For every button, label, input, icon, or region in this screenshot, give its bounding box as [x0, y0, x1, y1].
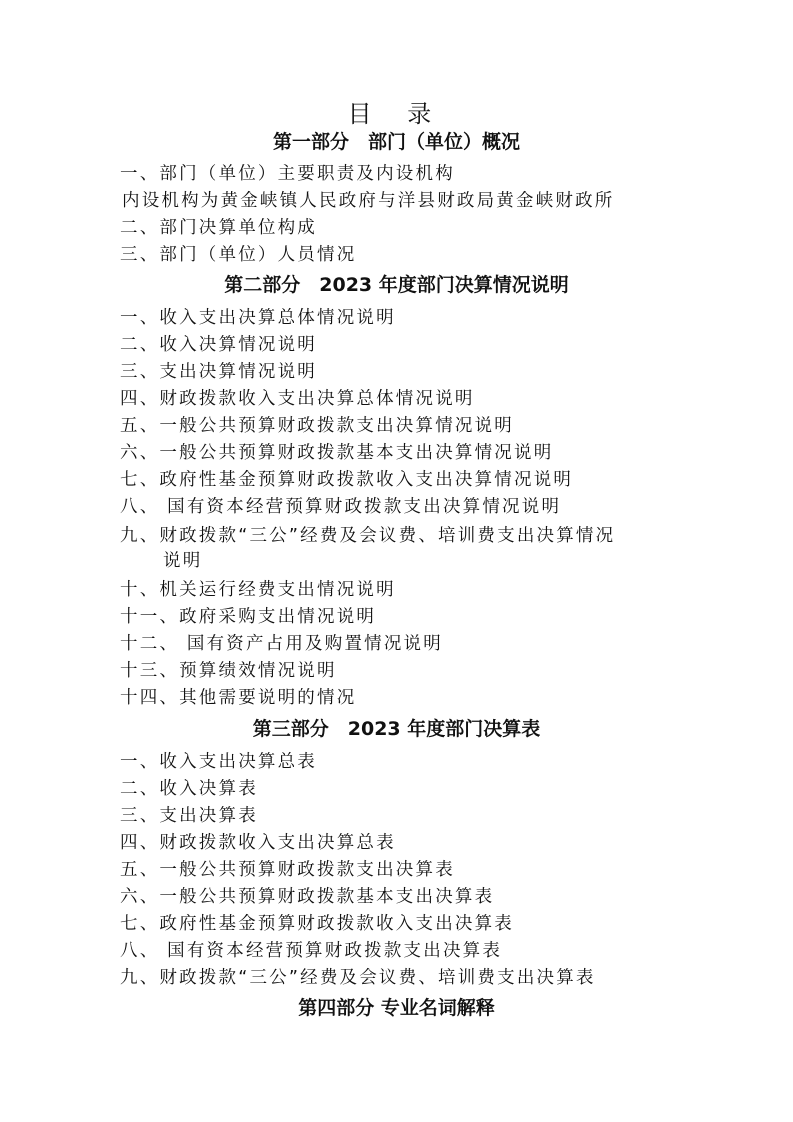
part-4-heading: 第四部分 专业名词解释 — [0, 995, 793, 1021]
toc-item[interactable]: 一、部门（单位）主要职责及内设机构 — [120, 162, 455, 186]
toc-item[interactable]: 七、政府性基金预算财政拨款收入支出决算表 — [120, 912, 514, 936]
part-1-heading: 第一部分 部门（单位）概况 — [0, 129, 793, 155]
toc-item[interactable]: 十三、预算绩效情况说明 — [120, 659, 337, 683]
toc-item[interactable]: 四、财政拨款收入支出决算总体情况说明 — [120, 387, 475, 411]
toc-item[interactable]: 四、财政拨款收入支出决算总表 — [120, 831, 396, 855]
toc-item[interactable]: 六、一般公共预算财政拨款基本支出决算表 — [120, 885, 494, 909]
toc-item[interactable]: 三、支出决算表 — [120, 804, 258, 828]
toc-item[interactable]: 十一、政府采购支出情况说明 — [120, 605, 376, 629]
page-title: 目 录 — [0, 99, 793, 129]
toc-item[interactable]: 三、支出决算情况说明 — [120, 360, 317, 384]
toc-item-continuation[interactable]: 说明 — [163, 549, 202, 573]
toc-item[interactable]: 二、部门决算单位构成 — [120, 216, 317, 240]
part-3-heading: 第三部分 2023 年度部门决算表 — [0, 716, 793, 742]
part-2-heading: 第二部分 2023 年度部门决算情况说明 — [0, 272, 793, 298]
toc-item[interactable]: 三、部门（单位）人员情况 — [120, 243, 356, 267]
toc-item[interactable]: 五、一般公共预算财政拨款支出决算情况说明 — [120, 414, 514, 438]
toc-item[interactable]: 九、财政拨款“三公”经费及会议费、培训费支出决算表 — [120, 966, 596, 990]
toc-item[interactable]: 一、收入支出决算总体情况说明 — [120, 306, 396, 330]
document-page: 目 录 第一部分 部门（单位）概况 一、部门（单位）主要职责及内设机构 内设机构… — [0, 0, 793, 1122]
toc-item[interactable]: 九、财政拨款“三公”经费及会议费、培训费支出决算情况 — [120, 524, 615, 548]
toc-item[interactable]: 六、一般公共预算财政拨款基本支出决算情况说明 — [120, 441, 553, 465]
toc-note: 内设机构为黄金峡镇人民政府与洋县财政局黄金峡财政所 — [122, 189, 615, 213]
toc-item[interactable]: 八、 国有资本经营预算财政拨款支出决算表 — [120, 939, 502, 963]
toc-item[interactable]: 十二、 国有资产占用及购置情况说明 — [120, 632, 443, 656]
toc-item[interactable]: 十四、其他需要说明的情况 — [120, 686, 356, 710]
toc-item[interactable]: 十、机关运行经费支出情况说明 — [120, 578, 396, 602]
toc-item[interactable]: 二、收入决算情况说明 — [120, 333, 317, 357]
toc-item[interactable]: 八、 国有资本经营预算财政拨款支出决算情况说明 — [120, 495, 561, 519]
toc-item[interactable]: 五、一般公共预算财政拨款支出决算表 — [120, 858, 455, 882]
toc-item[interactable]: 七、政府性基金预算财政拨款收入支出决算情况说明 — [120, 468, 573, 492]
toc-item[interactable]: 一、收入支出决算总表 — [120, 750, 317, 774]
toc-item[interactable]: 二、收入决算表 — [120, 777, 258, 801]
